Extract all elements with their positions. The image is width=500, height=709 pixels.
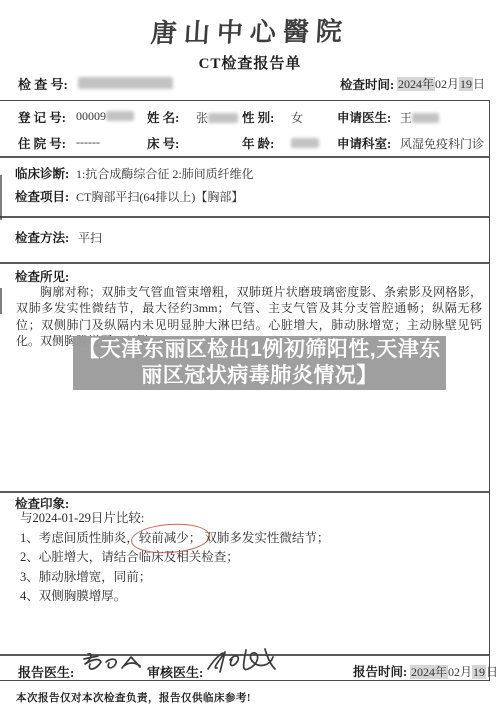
report-date: 2024年02月19日 [410, 663, 498, 680]
covid-news-banner: 【天津东丽区检出1例初筛阳性,天津东 丽区冠状病毒肺炎情况】 [73, 336, 446, 390]
exam-no-label: 检 查 号: [18, 74, 68, 93]
age-redaction [291, 138, 319, 148]
exam-no-redaction [78, 77, 173, 89]
report-doctor-signature [78, 649, 146, 679]
impression-compare-line: 与2024-01-29日片比较: [20, 509, 480, 529]
gender-label: 性 别: [242, 108, 274, 126]
exam-item-label: 检查项目: [15, 187, 69, 205]
covid-news-banner-line1: 【天津东丽区检出1例初筛阳性,天津东 [78, 337, 441, 363]
findings-label: 检查所见: [15, 267, 69, 285]
name-label: 姓 名: [147, 108, 179, 126]
clinical-diagnosis-value: 1:抗合成酶综合征 2:肺间质纤维化 [76, 165, 254, 182]
exam-method-label: 检查方法: [15, 228, 69, 246]
request-dept-value: 风湿免疫科门诊 [400, 135, 484, 152]
divider-impression [0, 491, 489, 493]
divider-diagnosis [0, 216, 489, 218]
report-title: CT检查报告单 [0, 52, 500, 73]
reg-no-label: 登 记 号: [18, 108, 66, 126]
impression-list: 与2024-01-29日片比较: 1、考虑间质性肺炎，较前减少； 双肺多发实性微… [20, 509, 480, 607]
exam-item-value: CT胸部平扫(64排以上)【胸部】 [76, 188, 243, 205]
circled-text: 较前减少； [139, 529, 202, 549]
inpatient-no-value: ------ [76, 135, 100, 150]
ct-report-document: 唐山中心醫院 CT检查报告单 检 查 号: 检查时间: 2024年02月19日 … [0, 0, 500, 709]
gender-value: 女 [291, 109, 303, 126]
divider-method [0, 262, 489, 264]
exam-date-suffix: 日 [473, 77, 485, 91]
impression-item-1: 1、考虑间质性肺炎，较前减少； 双肺多发实性微结节； [20, 529, 480, 549]
hospital-name: 唐山中心醫院 [0, 9, 500, 51]
impression-item-3: 3、肺动脉增宽，同前； [20, 568, 480, 588]
exam-date-day: 19 [459, 77, 473, 91]
exam-date-month: 02月 [435, 77, 459, 91]
review-doctor-signature [202, 645, 282, 679]
age-label: 年 龄: [242, 134, 274, 152]
exam-time-label: 检查时间: [340, 75, 394, 93]
report-footnote: 本次报告仅对本次检查负责，报告仅供临床参考! [16, 690, 251, 705]
exam-method-value: 平扫 [78, 229, 102, 246]
exam-date: 2024年02月19日 [397, 75, 485, 92]
impression-item-2: 2、心脏增大，请结合临床及相关检查； [20, 548, 480, 568]
scan-edge-artifact [0, 288, 2, 314]
report-time-label: 报告时间: [353, 662, 407, 680]
exam-date-year: 2024年 [397, 77, 435, 91]
divider-patient-info [0, 156, 489, 158]
request-doctor-value: 王 [400, 109, 439, 126]
inpatient-no-label: 住 院 号: [18, 134, 66, 152]
request-doctor-label: 申请医生: [337, 108, 391, 126]
request-dept-label: 申请科室: [337, 134, 391, 152]
name-value: 张 [196, 109, 238, 126]
clinical-diagnosis-label: 临床诊断: [15, 164, 69, 182]
report-doctor-label: 报告医生: [18, 662, 74, 681]
covid-news-banner-line2: 丽区冠状病毒肺炎情况】 [141, 363, 378, 389]
review-doctor-label: 审核医生: [147, 662, 203, 681]
bed-no-label: 床 号: [147, 134, 179, 152]
impression-item-4: 4、双侧胸膜增厚。 [20, 587, 480, 607]
reg-no-value: 00009 [76, 109, 134, 124]
scan-edge-artifact [0, 175, 2, 220]
